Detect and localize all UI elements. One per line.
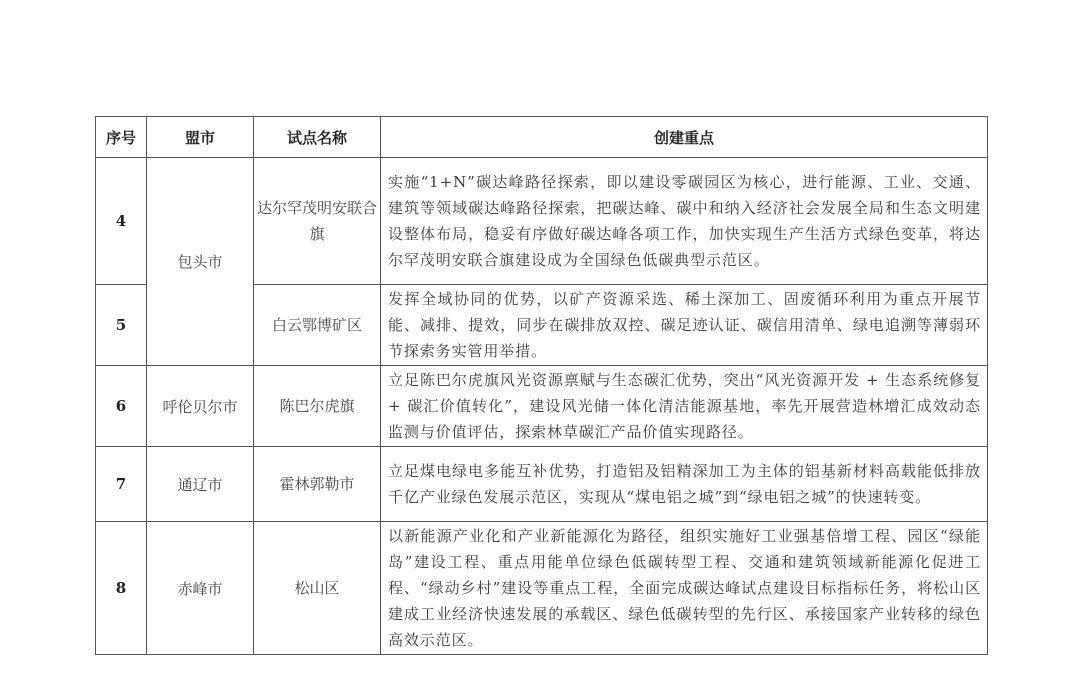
row-index: 7 [96,447,147,522]
table-row: 6 呼伦贝尔市 陈巴尔虎旗 立足陈巴尔虎旗风光资源禀赋与生态碳汇优势，突出“风光… [96,366,988,447]
table-row: 7 通辽市 霍林郭勒市 立足煤电绿电多能互补优势，打造铝及铝精深加工为主体的铝基… [96,447,988,522]
row-pilot-name: 白云鄂博矿区 [254,285,381,366]
row-focus: 实施“1+N”碳达峰路径探索，即以建设零碳园区为核心，进行能源、工业、交通、建筑… [381,158,988,285]
row-focus: 立足煤电绿电多能互补优势，打造铝及铝精深加工为主体的铝基新材料高载能低排放千亿产… [381,447,988,522]
header-focus: 创建重点 [381,117,988,158]
row-index: 4 [96,158,147,285]
row-pilot-name: 松山区 [254,522,381,655]
table-row: 4 包头市 达尔罕茂明安联合旗 实施“1+N”碳达峰路径探索，即以建设零碳园区为… [96,158,988,285]
carbon-peak-pilot-table: 序号 盟市 试点名称 创建重点 4 包头市 达尔罕茂明安联合旗 实施“1+N”碳… [95,116,988,655]
row-city: 呼伦贝尔市 [147,366,254,447]
row-pilot-name: 霍林郭勒市 [254,447,381,522]
header-city: 盟市 [147,117,254,158]
row-city: 通辽市 [147,447,254,522]
row-pilot-name: 陈巴尔虎旗 [254,366,381,447]
row-focus: 发挥全域协同的优势，以矿产资源采选、稀土深加工、固废循环利用为重点开展节能、减排… [381,285,988,366]
table-row: 8 赤峰市 松山区 以新能源产业化和产业新能源化为路径，组织实施好工业强基倍增工… [96,522,988,655]
row-index: 5 [96,285,147,366]
row-city: 包头市 [147,158,254,366]
row-index: 8 [96,522,147,655]
row-index: 6 [96,366,147,447]
row-focus: 以新能源产业化和产业新能源化为路径，组织实施好工业强基倍增工程、园区“绿能岛”建… [381,522,988,655]
row-city: 赤峰市 [147,522,254,655]
row-pilot-name: 达尔罕茂明安联合旗 [254,158,381,285]
header-pilot-name: 试点名称 [254,117,381,158]
table-header-row: 序号 盟市 试点名称 创建重点 [96,117,988,158]
header-index: 序号 [96,117,147,158]
row-focus: 立足陈巴尔虎旗风光资源禀赋与生态碳汇优势，突出“风光资源开发 + 生态系统修复 … [381,366,988,447]
